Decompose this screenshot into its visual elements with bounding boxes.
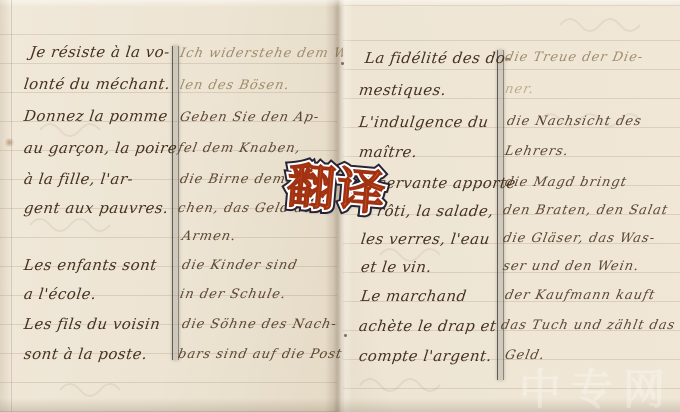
manuscript-line-german: die Magd bringt [503,173,629,193]
manuscript-line-german: ser und den Wein. [501,257,641,277]
manuscript-line-french: lonté du méchant. [23,74,172,94]
manuscript-line-french: Les fils du voisin [23,314,162,334]
site-watermark: 中专网 [519,369,675,411]
manuscript-line-french: Le marchand [360,286,468,306]
manuscript-line-german: der Kaufmann kauft [503,286,657,306]
manuscript-line-german: die Kinder sind [180,256,299,276]
manuscript-line-french: maître. [358,142,419,162]
manuscript-line-german: in der Schule. [178,285,288,305]
manuscript-line-german: die Treue der Die- [503,48,645,68]
right-page: La fidélité des do- mestiques. L'indulge… [343,0,680,412]
manuscript-line-french: compte l'argent. [358,346,493,366]
translate-watermark-text: 翻译 [285,162,389,219]
manuscript-line-german: len des Bösen. [178,76,291,96]
manuscript-line-french: La fidélité des do- [364,48,512,68]
manuscript-line-german: die Nachsicht des [505,112,643,132]
manuscript-line-french: gent aux pauvres. [23,198,170,218]
manuscript-line-french: mestiques. [358,80,448,100]
manuscript-line-french: a l'école. [23,284,98,304]
manuscript-line-german: den Braten, den Salat [501,201,670,221]
manuscript-line-german: die Gläser, das Was- [501,229,657,249]
translate-watermark: 翻译 翻译 翻译 [285,162,389,219]
manuscript-line-french: les verres, l'eau [360,229,491,249]
manuscript-line-french: au garçon, la poire [23,138,179,158]
manuscript-line-german: Geben Sie den Ap- [178,108,321,128]
manuscript-line-german: das Tuch und zählt das [499,316,677,336]
manuscript-line-german: die Söhne des Nach- [180,315,338,335]
manuscript-line-german: bars sind auf die Post. [176,345,349,365]
manuscript-line-german: Geld. [503,346,547,366]
manuscript-line-french: et le vin. [360,257,433,277]
manuscript-line-german: Ich widerstehe dem Wil- [178,44,365,64]
manuscript-line-german: ner. [503,80,536,100]
manuscript-line-german: Armen. [180,227,238,247]
manuscript-line-french: achète le drap et [358,316,498,336]
manuscript-line-french: Les enfants sont [23,255,158,275]
manuscript-photo: Je résiste à la vo- lonté du méchant. Do… [0,0,680,412]
manuscript-line-french: Donnez la pomme [23,106,169,126]
manuscript-line-german: fel dem Knaben, [176,139,303,159]
manuscript-line-french: sont à la poste. [23,344,149,364]
manuscript-line-german: Lehrers. [503,142,571,162]
manuscript-line-french: L'indulgence du [358,112,490,132]
manuscript-line-french: à la fille, l'ar- [23,169,135,189]
manuscript-line-french: Je résiste à la vo- [29,42,171,62]
